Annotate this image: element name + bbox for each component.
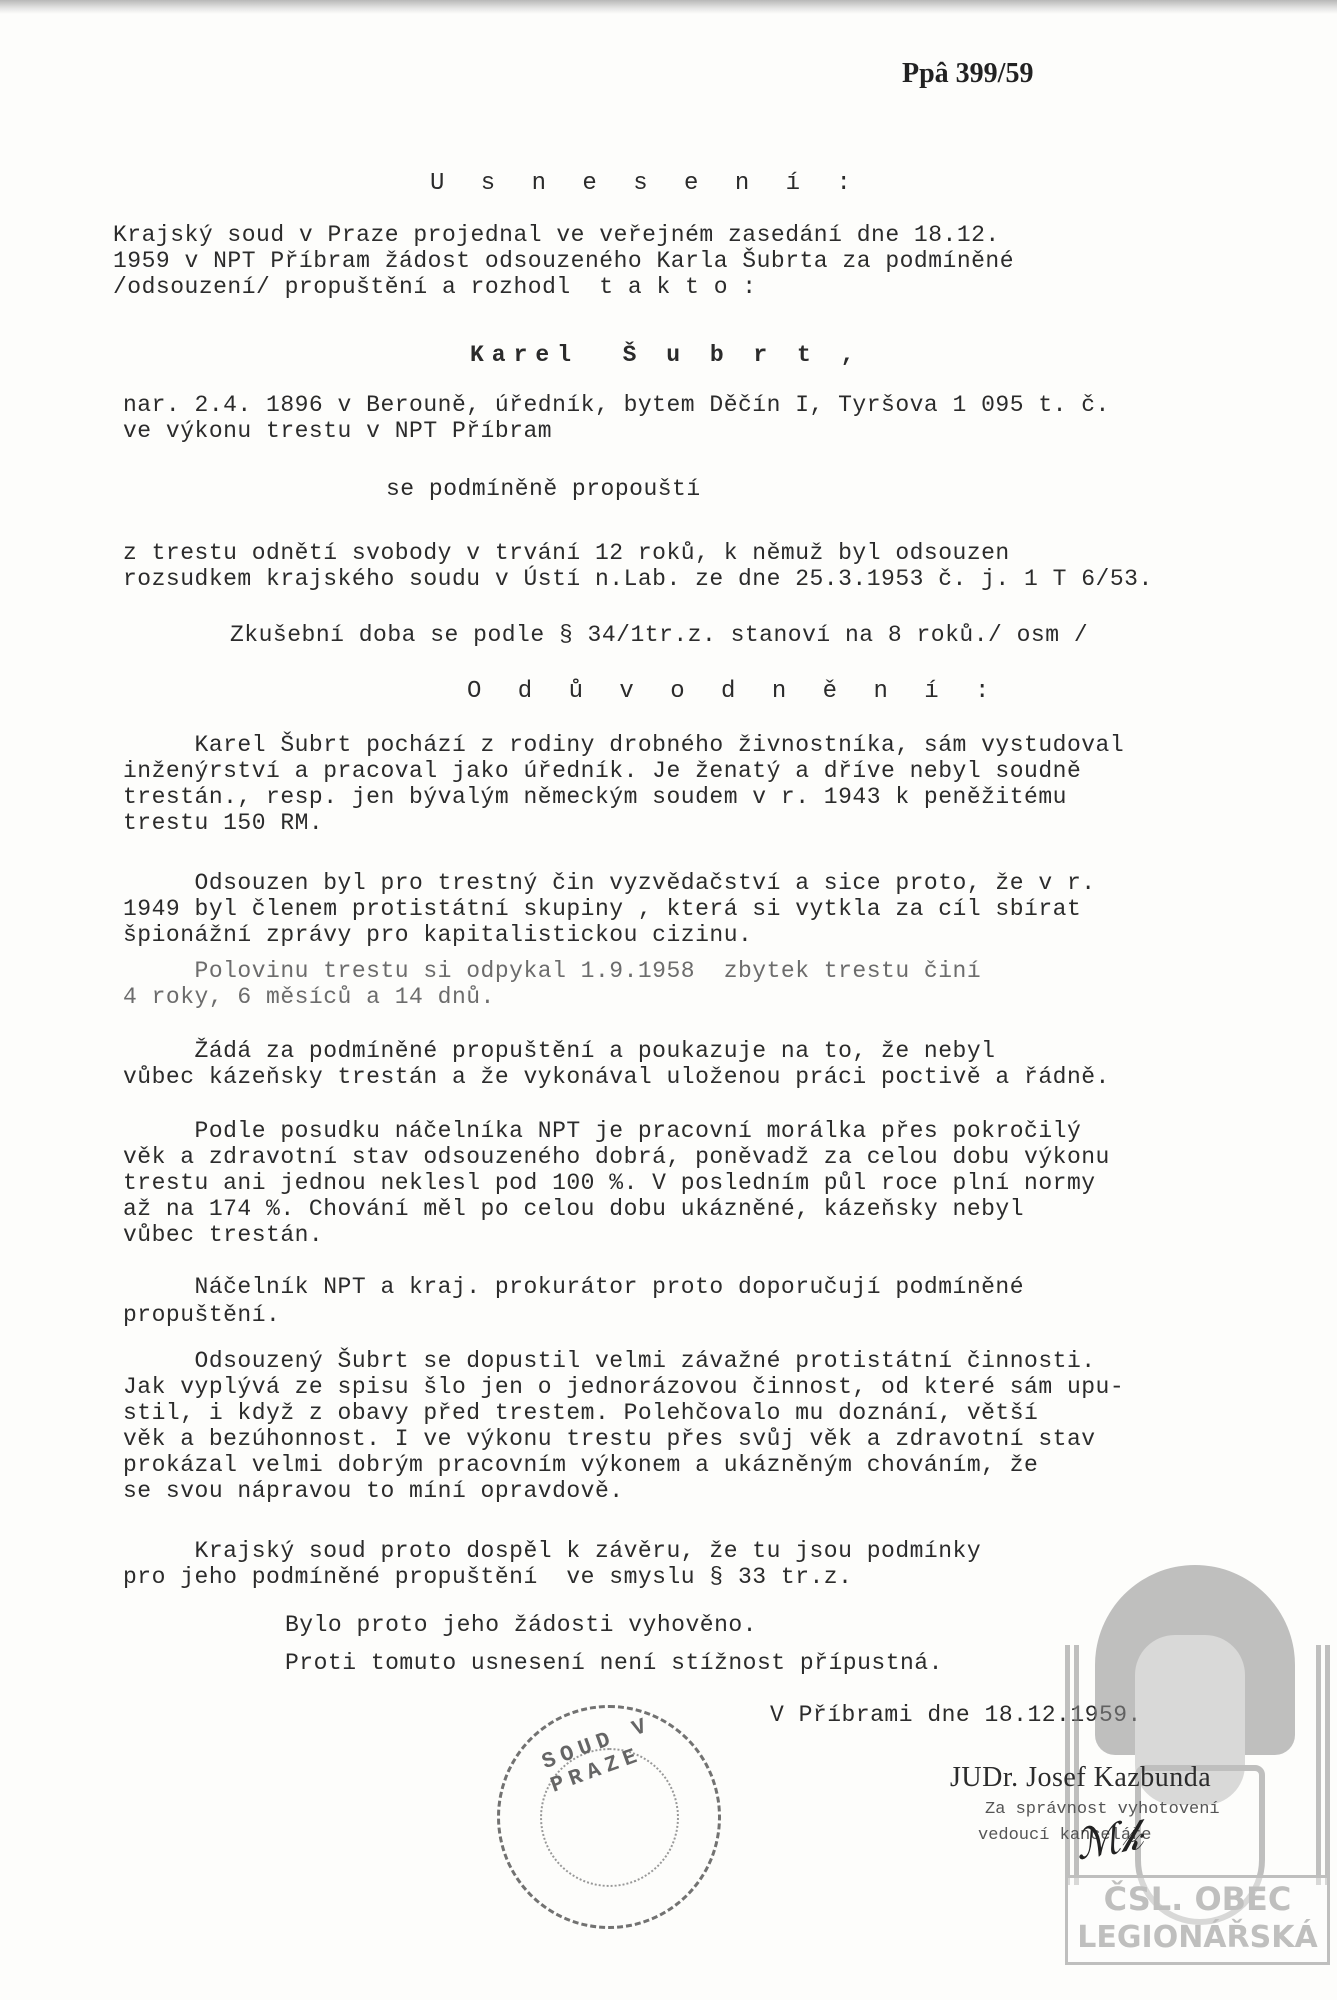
defendant-details-line: ve výkonu trestu v NPT Příbram [123, 418, 552, 444]
court-stamp: SOUD V PRAZE [497, 1705, 721, 1929]
reference-number: Ppâ 399/59 [902, 58, 1033, 90]
reasoning-line: se svou nápravou to míní opravdově. [123, 1478, 624, 1504]
reasoning-line: věk a zdravotní stav odsouzeného dobrá, … [123, 1144, 1110, 1170]
reasoning-line: špionážní zprávy pro kapitalistickou ciz… [123, 922, 752, 948]
reasoning-line: vůbec trestán. [123, 1222, 323, 1248]
reasoning-line: trestán., resp. jen bývalým německým sou… [123, 784, 1067, 810]
reasoning-line: Žádá za podmíněné propuštění a poukazuje… [123, 1038, 995, 1064]
reasoning-line: Jak vyplývá ze spisu šlo jen o jednorázo… [123, 1374, 1124, 1400]
legion-watermark-logo: ČSL. OBEC LEGIONÁŘSKÁ [1065, 1545, 1330, 1965]
probation-period: Zkušební doba se podle § 34/1tr.z. stano… [230, 622, 1088, 648]
watermark-line-1: ČSL. OBEC [1068, 1880, 1327, 1918]
petition-granted: Bylo proto jeho žádosti vyhověno. [285, 1612, 757, 1638]
reasoning-line: 4 roky, 6 měsíců a 14 dnů. [123, 984, 495, 1010]
reasoning-line: věk a bezúhonnost. I ve výkonu trestu př… [123, 1426, 1096, 1452]
defendant-name: Karel Š u b r t , [470, 342, 862, 368]
defendant-details-line: nar. 2.4. 1896 v Berouně, úředník, bytem… [123, 392, 1110, 418]
reasoning-line: prokázal velmi dobrým pracovním výkonem … [123, 1452, 1038, 1478]
reasoning-line: Odsouzený Šubrt se dopustil velmi závažn… [123, 1348, 1096, 1374]
reasoning-line: Odsouzen byl pro trestný čin vyzvědačstv… [123, 870, 1096, 896]
verdict: se podmíněně propouští [386, 476, 701, 502]
no-appeal-notice: Proti tomuto usnesení není stížnost příp… [285, 1650, 943, 1676]
reasoning-line: propuštění. [123, 1302, 280, 1328]
intro-line: /odsouzení/ propuštění a rozhodl t a k t… [113, 274, 757, 300]
reasoning-line: Podle posudku náčelníka NPT je pracovní … [123, 1118, 1081, 1144]
reasoning-line: Krajský soud proto dospěl k závěru, že t… [123, 1538, 981, 1564]
document-title: U s n e s e n í : [430, 170, 862, 197]
reasoning-line: stil, i když z obavy před trestem. Poleh… [123, 1400, 1038, 1426]
signatory-name: JUDr. Josef Kazbunda [950, 1762, 1211, 1794]
reasoning-line: vůbec kázeňsky trestán a že vykonával ul… [123, 1064, 1110, 1090]
scan-top-edge [0, 0, 1337, 14]
watermark-line-2: LEGIONÁŘSKÁ [1068, 1920, 1327, 1955]
intro-line: Krajský soud v Praze projednal ve veřejn… [113, 222, 1000, 248]
reasoning-line: trestu 150 RM. [123, 810, 323, 836]
reasoning-title: O d ů v o d n ě n í : [467, 678, 1000, 705]
reasoning-line: až na 174 %. Chování měl po celou dobu u… [123, 1196, 1024, 1222]
reasoning-line: pro jeho podmíněné propuštění ve smyslu … [123, 1564, 852, 1590]
intro-line: 1959 v NPT Příbram žádost odsouzeného Ka… [113, 248, 1014, 274]
reasoning-line: trestu ani jednou neklesl pod 100 %. V p… [123, 1170, 1096, 1196]
reasoning-line: Náčelník NPT a kraj. prokurátor proto do… [123, 1274, 1024, 1300]
sentence-line: rozsudkem krajského soudu v Ústí n.Lab. … [123, 566, 1153, 592]
reasoning-line: Karel Šubrt pochází z rodiny drobného ži… [123, 732, 1124, 758]
reasoning-line: inženýrství a pracoval jako úředník. Je … [123, 758, 1081, 784]
reasoning-line: 1949 byl členem protistátní skupiny , kt… [123, 896, 1081, 922]
reasoning-line: Polovinu trestu si odpykal 1.9.1958 zbyt… [123, 958, 981, 984]
sentence-line: z trestu odnětí svobody v trvání 12 roků… [123, 540, 1010, 566]
